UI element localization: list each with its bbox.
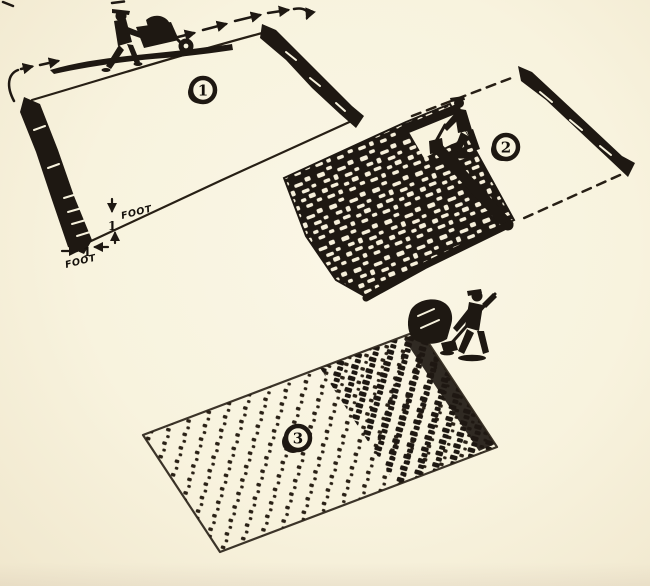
undug-bottom-edge-dashed [522,175,620,219]
width-unit-label: FOOT [64,252,98,271]
step-3-badge: 3 [282,426,310,453]
width-measurement: 1 FOOT [62,245,108,271]
far-ridge-hatch-marks [540,92,611,155]
wheelbarrow-load [146,16,172,34]
step-3-plot: 3 [130,289,512,566]
depth-value: 1 [108,219,116,233]
left-soil-ridge [20,97,92,254]
step-1-number: 1 [198,82,208,100]
step-2-number: 2 [501,139,511,157]
gardener-pushing-wheelbarrow-icon [50,9,233,74]
illustration-canvas: 1 FOOT 1 FOOT 1 [0,0,650,586]
depth-measurement: 1 FOOT [108,199,154,243]
illustration-page: 1 FOOT 1 FOOT 1 [0,0,650,586]
step-1-badge: 1 [188,78,215,104]
ground-streak [50,44,233,74]
far-soil-ridge [518,66,635,177]
step-2-badge: 2 [491,135,518,161]
soil-pile [408,299,452,343]
step-3-number: 3 [293,430,303,448]
right-soil-ridge [260,24,364,128]
